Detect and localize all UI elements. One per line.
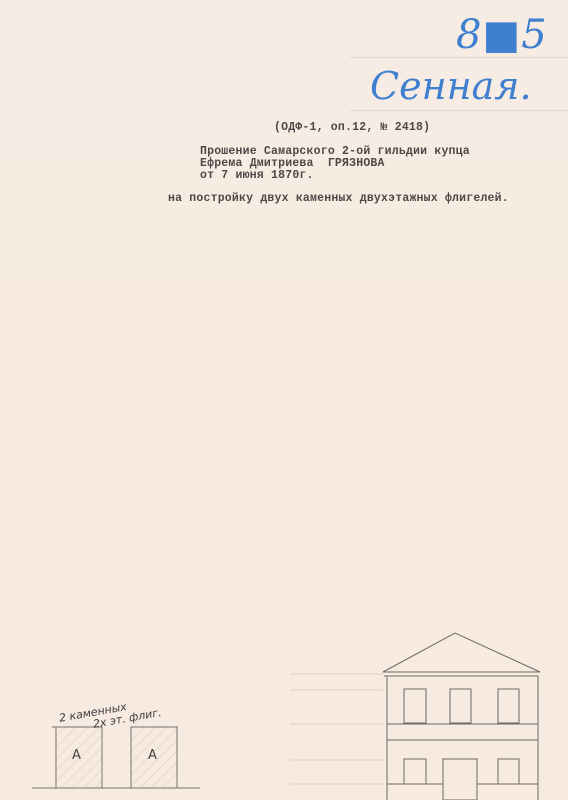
site-plan [32, 727, 200, 788]
facade-guidelines [290, 674, 383, 784]
document-page: 8■5 Сенная. (ОДФ-1, оп.12, № 2418) Проше… [0, 0, 568, 800]
building-label: А [148, 748, 157, 763]
facade-elevation [383, 633, 540, 800]
architectural-sketch [0, 0, 568, 800]
building-label: А [72, 748, 81, 763]
